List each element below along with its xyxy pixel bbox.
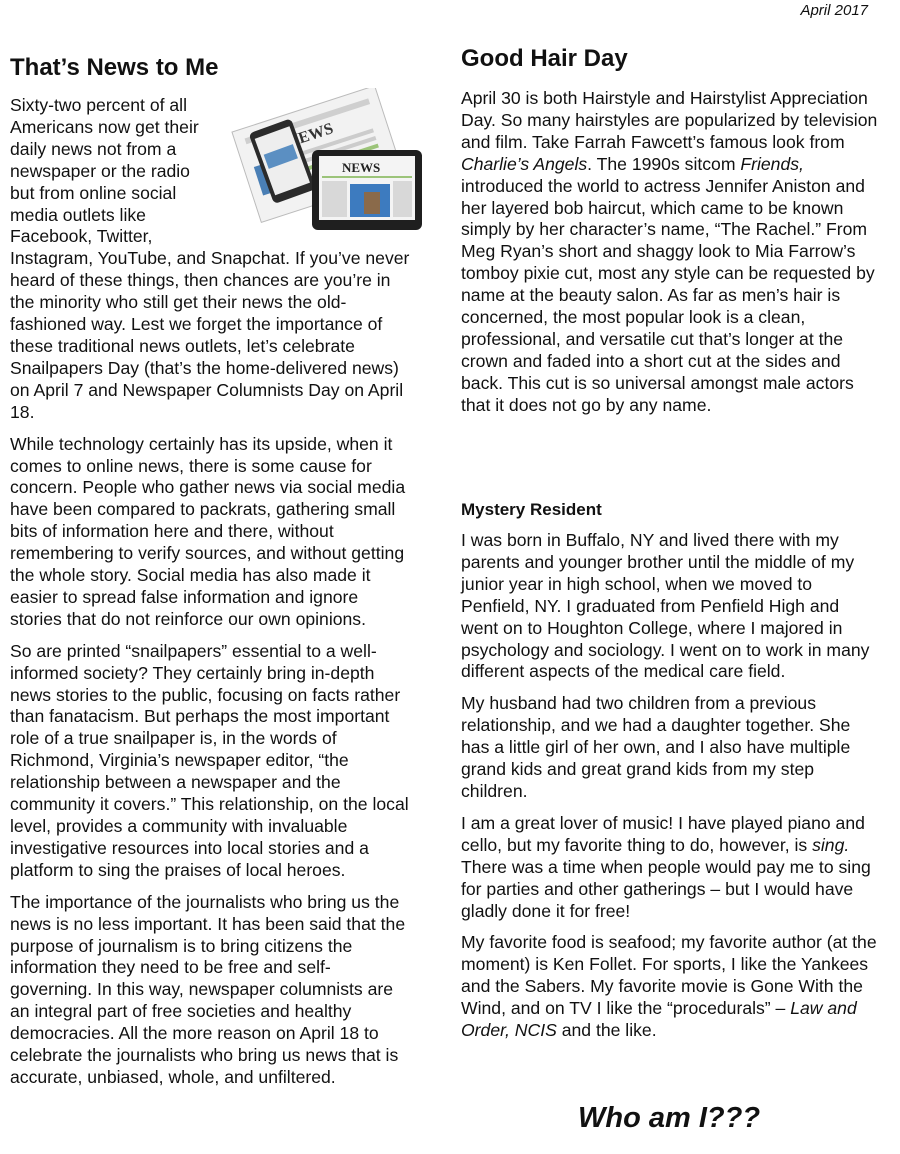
- mystery-paragraph-3: I am a great lover of music! I have play…: [461, 813, 881, 923]
- show-title-friends: Friends,: [740, 154, 804, 174]
- emphasis-sing: sing.: [812, 835, 849, 855]
- favorites-text-b: and the like.: [557, 1020, 657, 1040]
- article-body-hair: April 30 is both Hairstyle and Hairstyli…: [461, 88, 881, 427]
- mystery-paragraph-2: My husband had two children from a previ…: [461, 693, 881, 803]
- hair-text-b: . The 1990s sitcom: [587, 154, 740, 174]
- news-paragraph-2: While technology certainly has its upsid…: [10, 434, 410, 631]
- music-text-b: There was a time when people would pay m…: [461, 857, 871, 921]
- hair-text-c: introduced the world to actress Jennifer…: [461, 176, 875, 415]
- article-title-news: That’s News to Me: [10, 54, 218, 82]
- newspapers-and-devices-image: NEWS NEWS: [224, 88, 424, 233]
- mystery-paragraph-1: I was born in Buffalo, NY and lived ther…: [461, 530, 881, 683]
- issue-date: April 2017: [800, 2, 868, 19]
- show-title-charlies-angels: Charlie’s Angels: [461, 154, 587, 174]
- mystery-paragraph-4: My favorite food is seafood; my favorite…: [461, 932, 881, 1042]
- who-am-i-question: Who am I???: [578, 1102, 760, 1135]
- article-body-news: NEWS NEWS: [10, 95, 410, 1099]
- hair-text-a: April 30 is both Hairstyle and Hairstyli…: [461, 88, 877, 152]
- mystery-resident-body: I was born in Buffalo, NY and lived ther…: [461, 530, 881, 1052]
- svg-text:NEWS: NEWS: [342, 160, 380, 175]
- article-title-hair: Good Hair Day: [461, 45, 628, 73]
- hair-paragraph: April 30 is both Hairstyle and Hairstyli…: [461, 88, 881, 417]
- music-text-a: I am a great lover of music! I have play…: [461, 813, 865, 855]
- news-paragraph-4: The importance of the journalists who br…: [10, 892, 410, 1089]
- news-paragraph-3: So are printed “snailpapers” essential t…: [10, 641, 410, 882]
- mystery-resident-heading: Mystery Resident: [461, 500, 602, 520]
